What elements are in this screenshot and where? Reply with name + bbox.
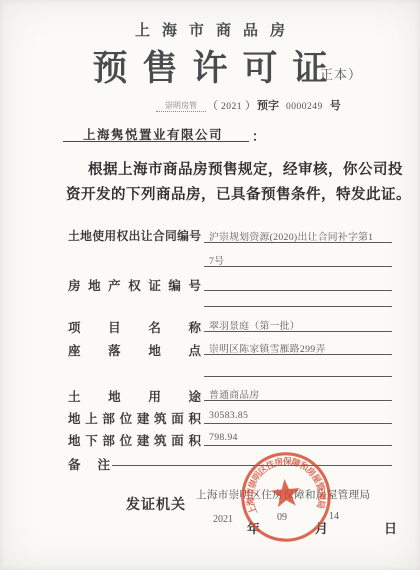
- document-number-line: 崇明房管 （ 2021 ） 预字 0000249 号: [156, 97, 341, 113]
- doc-no-paren-open: （: [207, 97, 218, 113]
- doc-no-paren-close: ）: [245, 97, 256, 113]
- field-value-land-use-contract-no: 沪崇规划资源(2020)出让合同补字第1: [209, 229, 373, 243]
- field-underline: [204, 354, 392, 355]
- field-underline: [204, 445, 392, 446]
- field-label-below-ground-area: 地下部位建筑面积: [68, 431, 201, 449]
- field-label-land-use-contract-no: 土地使用权出让合同编号: [68, 227, 201, 244]
- field-underline: [204, 306, 392, 307]
- official-red-seal: 上海市崇明区住房保障和房屋管理局: [234, 445, 338, 549]
- issuer-label: 发证机关: [126, 494, 186, 514]
- doc-no-unit: 号: [330, 97, 341, 113]
- company-colon: ：: [252, 126, 265, 145]
- company-underline: [63, 141, 249, 142]
- field-underline: [204, 400, 392, 401]
- body-paragraph-line1: 根据上海市商品房预售规定，经审核，你公司投: [88, 158, 403, 179]
- doc-no-type: 预字: [257, 97, 279, 113]
- issue-date-year: 2021: [213, 514, 233, 525]
- field-value-above-ground-area: 30583.85: [209, 410, 248, 421]
- field-value-below-ground-area: 798.94: [209, 432, 238, 443]
- field-label-location: 座落地点: [68, 341, 201, 359]
- field-value-project-name: 翠羽景庭（第一批）: [209, 318, 300, 332]
- title-copy-note: （正本）: [306, 64, 362, 83]
- field-value-location: 崇明区陈家镇雪雁路299弄: [209, 341, 326, 355]
- field-underline: [204, 266, 392, 267]
- field-underline: [204, 423, 392, 424]
- field-label-property-cert-no: 房地产权证编号: [68, 276, 201, 294]
- presale-permit-certificate: 上海市商品房 预售许可证 （正本） 崇明房管 （ 2021 ） 预字 00002…: [0, 0, 420, 570]
- field-underline: [204, 331, 392, 332]
- field-value-land-use-contract-no-cont: 7号: [209, 253, 224, 267]
- field-label-project-name: 项目名称: [68, 318, 201, 336]
- field-underline: [204, 242, 392, 243]
- body-paragraph-line2: 资开发的下列商品房，已具备预售条件，特发此证。: [66, 183, 411, 204]
- doc-no-year: 2021: [221, 102, 242, 112]
- field-value-land-use: 普通商品房: [209, 387, 259, 401]
- doc-no-serial: 0000249: [286, 102, 323, 112]
- field-underline: [204, 290, 392, 291]
- header-subtitle: 上海市商品房: [0, 19, 420, 40]
- field-label-above-ground-area: 地上部位建筑面积: [68, 409, 201, 427]
- issue-date-day-unit: 日: [384, 518, 397, 537]
- doc-no-region: 崇明房管: [156, 100, 206, 112]
- field-underline: [204, 376, 392, 377]
- seal-star-icon: [270, 478, 301, 508]
- field-label-remarks: 备注: [68, 455, 110, 473]
- field-label-land-use: 土地用途: [68, 387, 201, 405]
